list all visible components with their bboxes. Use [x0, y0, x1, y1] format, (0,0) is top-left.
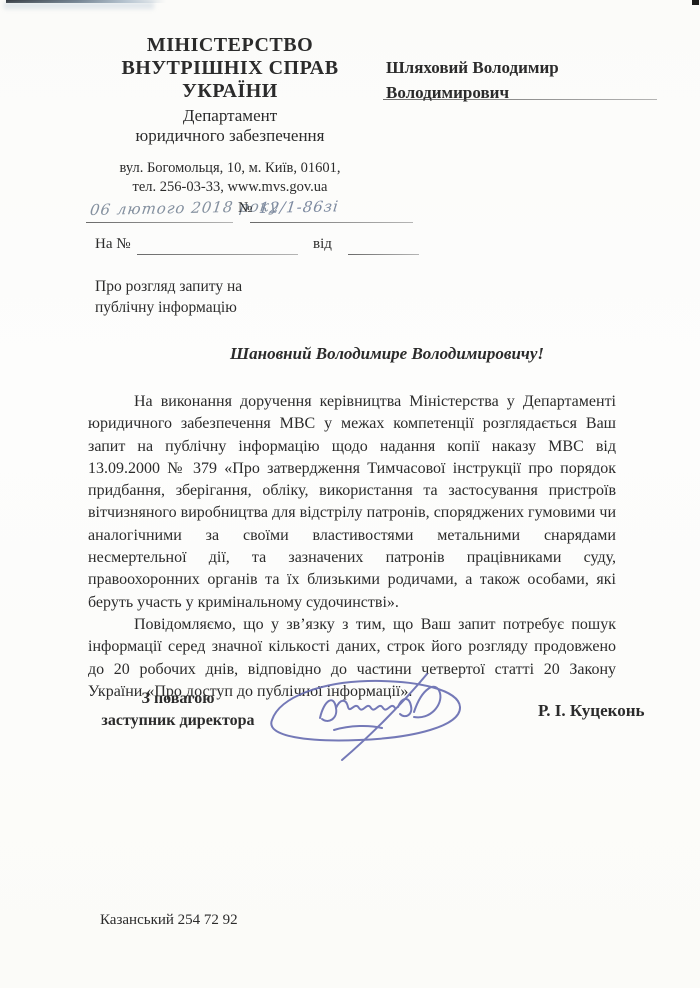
letterhead: МІНІСТЕРСТВО ВНУТРІШНІХ СПРАВ УКРАЇНИ Де… [55, 34, 405, 197]
closing-block: З повагою заступник директора [80, 688, 276, 732]
letterhead-address: вул. Богомольця, 10, м. Київ, 01601, тел… [55, 159, 405, 197]
ministry-name-line-2: ВНУТРІШНІХ СПРАВ [55, 57, 405, 80]
recipient-name: Шляховий Володимир Володимирович [386, 55, 686, 105]
body-paragraph-1: На виконання доручення керівництва Мініс… [88, 391, 616, 614]
closing-line-2: заступник директора [80, 710, 276, 732]
scan-artifact-corner-dot [692, 0, 699, 5]
handwritten-signature-icon [262, 666, 480, 764]
na-no-label: На № [95, 236, 131, 253]
department-name: Департамент юридичного забезпечення [55, 106, 405, 146]
address-line-1: вул. Богомольця, 10, м. Київ, 01601, [55, 159, 405, 178]
reference-number-underline [250, 222, 413, 223]
closing-line-1: З повагою [80, 688, 276, 710]
na-no-blank-underline [137, 254, 298, 255]
number-sign-label: № [238, 200, 252, 217]
subject-line-1: Про розгляд запиту на [95, 276, 335, 297]
recipient-line-2: Володимирович [386, 80, 686, 105]
letter-body: На виконання доручення керівництва Мініс… [88, 391, 616, 703]
executor-note: Казанський 254 72 92 [100, 912, 238, 929]
ministry-name-line-1: МІНІСТЕРСТВО [55, 34, 405, 57]
subject-line-2: публічну інформацію [95, 297, 335, 318]
department-line-2: юридичного забезпечення [55, 126, 405, 146]
scan-smudge [4, 2, 154, 9]
scanned-letter-page: МІНІСТЕРСТВО ВНУТРІШНІХ СПРАВ УКРАЇНИ Де… [0, 0, 700, 988]
handwritten-reference-number: 12/1-86зі [258, 197, 340, 217]
department-line-1: Департамент [55, 106, 405, 126]
vid-blank-underline [348, 254, 419, 255]
address-line-2: тел. 256-03-33, www.mvs.gov.ua [55, 178, 405, 197]
recipient-line-1: Шляховий Володимир [386, 55, 686, 80]
ministry-name-line-3: УКРАЇНИ [55, 80, 405, 103]
date-underline [86, 222, 233, 223]
recipient-underline [383, 99, 657, 100]
vid-label: від [313, 236, 332, 253]
signer-name: Р. І. Куцеконь [538, 701, 644, 721]
salutation: Шановний Володимире Володимировичу! [230, 344, 560, 364]
subject-line: Про розгляд запиту на публічну інформаці… [95, 276, 335, 318]
